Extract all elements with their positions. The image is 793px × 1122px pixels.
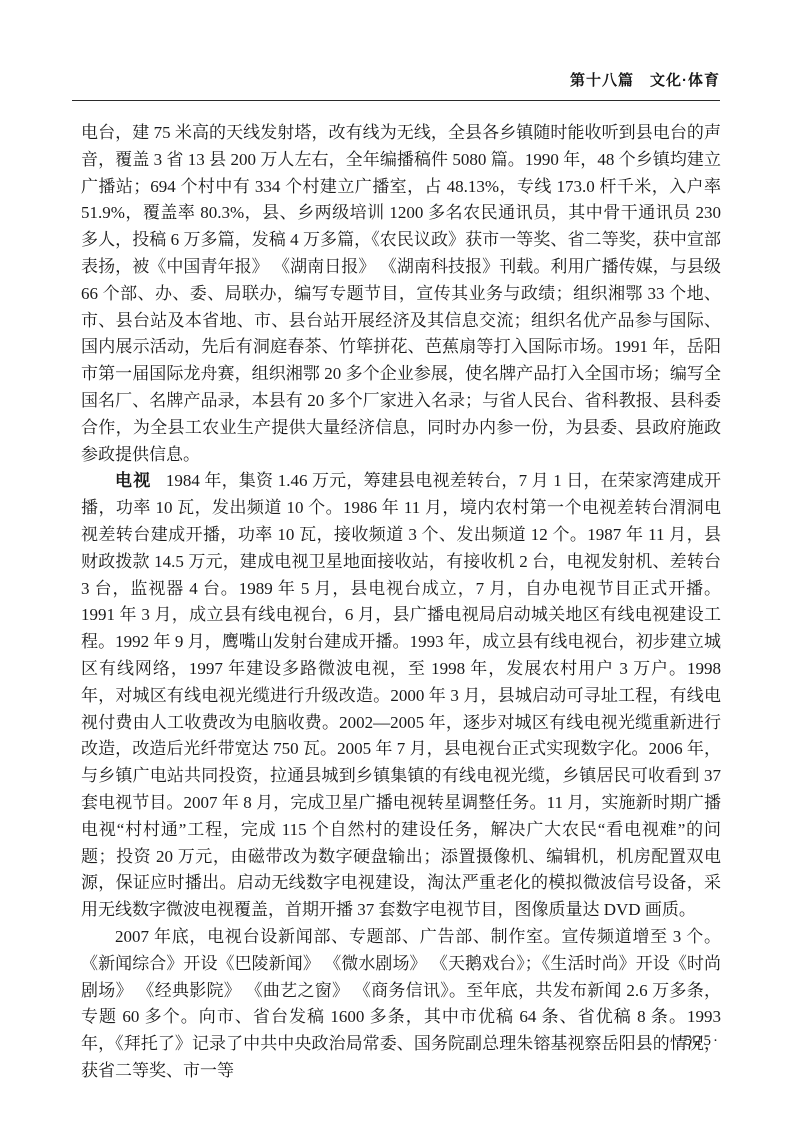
body-paragraph: 电台，建 75 米高的天线发射塔，改有线为无线，全县各乡镇随时能收听到县电台的声… bbox=[81, 120, 721, 468]
chapter-title: 第十八篇 文化·体育 bbox=[570, 72, 720, 89]
page-number-text: ·525· bbox=[678, 1033, 721, 1049]
paragraph-text: 电台，建 75 米高的天线发射塔，改有线为无线，全县各乡镇随时能收听到县电台的声… bbox=[81, 123, 721, 464]
running-header: 第十八篇 文化·体育 bbox=[72, 72, 720, 101]
page-body: 电台，建 75 米高的天线发射塔，改有线为无线，全县各乡镇随时能收听到县电台的声… bbox=[81, 120, 721, 1085]
body-paragraph: 电视1984 年，集资 1.46 万元，筹建县电视差转台，7 月 1 日，在荣家… bbox=[81, 468, 721, 924]
body-paragraph: 2007 年底，电视台设新闻部、专题部、广告部、制作室。宣传频道增至 3 个。《… bbox=[81, 924, 721, 1085]
paragraph-text: 2007 年底，电视台设新闻部、专题部、广告部、制作室。宣传频道增至 3 个。《… bbox=[81, 927, 721, 1080]
paragraph-text: 1984 年，集资 1.46 万元，筹建县电视差转台，7 月 1 日，在荣家湾建… bbox=[81, 471, 721, 919]
page-number: ·525· bbox=[678, 1032, 721, 1050]
paragraph-lead: 电视 bbox=[115, 471, 151, 490]
book-page: 第十八篇 文化·体育 电台，建 75 米高的天线发射塔，改有线为无线，全县各乡镇… bbox=[0, 0, 793, 1122]
